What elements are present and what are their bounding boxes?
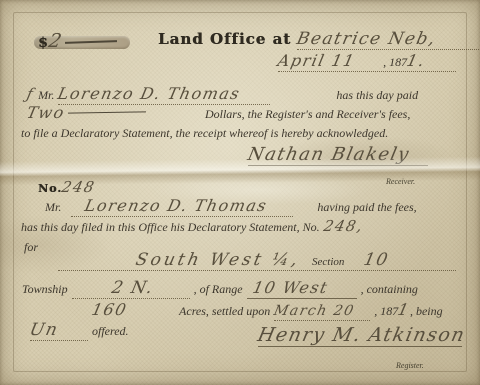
township-field: 2 N. [72,278,190,299]
section-label: Section [312,256,344,268]
tract-line: South West ¼, Section 10 [58,250,456,271]
offered-label: offered. [92,324,129,338]
township-value: 2 N. [109,278,155,298]
acres-label: Acres, settled upon [179,304,270,318]
date-line: April 11, 1871. [278,51,456,72]
for-line: for [24,238,38,256]
filing-line-2: has this day filed in this Office his De… [21,217,363,236]
section-value: 10 [362,250,391,270]
claimant-name: Lorenzo D. Thomas [83,196,269,215]
range-field: 10 West [247,278,357,299]
amount-words: Two [25,103,67,122]
offered-field: Un [30,320,88,341]
settled-date-field: March 20 [274,302,370,321]
year-digit: 1. [405,51,427,70]
date-day: April 11 [276,51,357,70]
offered-line: Un offered. [30,320,129,341]
receipt-line-1: ƒ Mr. Lorenzo D. Thomas has this day pai… [27,84,418,105]
fee-stamp: $2 [38,30,120,52]
register-title: Register. [396,361,424,370]
range-value: 10 West [251,278,330,297]
statement-number: 248, [322,217,365,235]
date-field: April 11, 1871. [278,51,456,72]
purpose-phrase: to file a Declaratory Statement, the rec… [21,126,388,140]
filed-phrase: has this day filed in this Office his De… [21,220,320,234]
township-line: Township 2 N. , of Range 10 West , conta… [22,278,418,299]
fee-amount: 2 [46,30,64,52]
land-office-receipt-document: $2 Land Office at Beatrice Neb, April 11… [0,0,480,385]
settled-date: March 20 [273,303,357,319]
payer-name-field: Lorenzo D. Thomas [58,84,270,105]
header-line: Land Office at Beatrice Neb, [158,29,480,50]
number-label: No. [38,182,62,195]
payer-name: Lorenzo D. Thomas [56,84,242,103]
acres-line: 160 Acres, settled upon March 20 , 1871,… [92,300,443,321]
offered-prefix: Un [28,320,61,340]
register-signature: Henry M. Atkinson [256,324,468,346]
filing-line-1: Mr. Lorenzo D. Thomas having paid the fe… [45,196,417,217]
register-signature-line: Henry M. Atkinson [258,324,462,347]
range-label: , of Range [194,282,243,296]
filing-number-line: No.248 [38,178,95,197]
township-label: Township [22,282,68,296]
tract-description: South West ¼, [134,250,302,270]
containing-label: , containing [361,282,418,296]
year-prefix: , 187 [383,55,407,69]
fees-paid-phrase: having paid the fees, [317,200,416,214]
register-title-line: Register. [396,355,424,373]
settled-year-prefix: , 187 [374,304,398,318]
being-label: , being [410,304,443,318]
office-label: Land Office at [158,30,291,48]
mr-label-2: Mr. [45,200,61,214]
paid-phrase: has this day paid [336,88,418,102]
receipt-line-2: Two Dollars, the Register's and Receiver… [27,103,410,123]
amount-dash [68,112,146,114]
number-value: 248 [60,178,97,196]
receipt-line-3: to file a Declaratory Statement, the rec… [21,124,388,142]
mr-label: Mr. [38,88,54,102]
acres-value: 160 [90,300,129,319]
claimant-name-field: Lorenzo D. Thomas [71,196,293,217]
place-field: Beatrice Neb, [297,29,480,50]
fees-phrase: Dollars, the Register's and Receiver's f… [205,107,410,121]
fee-dash [65,40,117,44]
clerk-mark: ƒ [25,85,36,103]
place-value: Beatrice Neb, [295,29,438,49]
for-label: for [24,240,38,254]
